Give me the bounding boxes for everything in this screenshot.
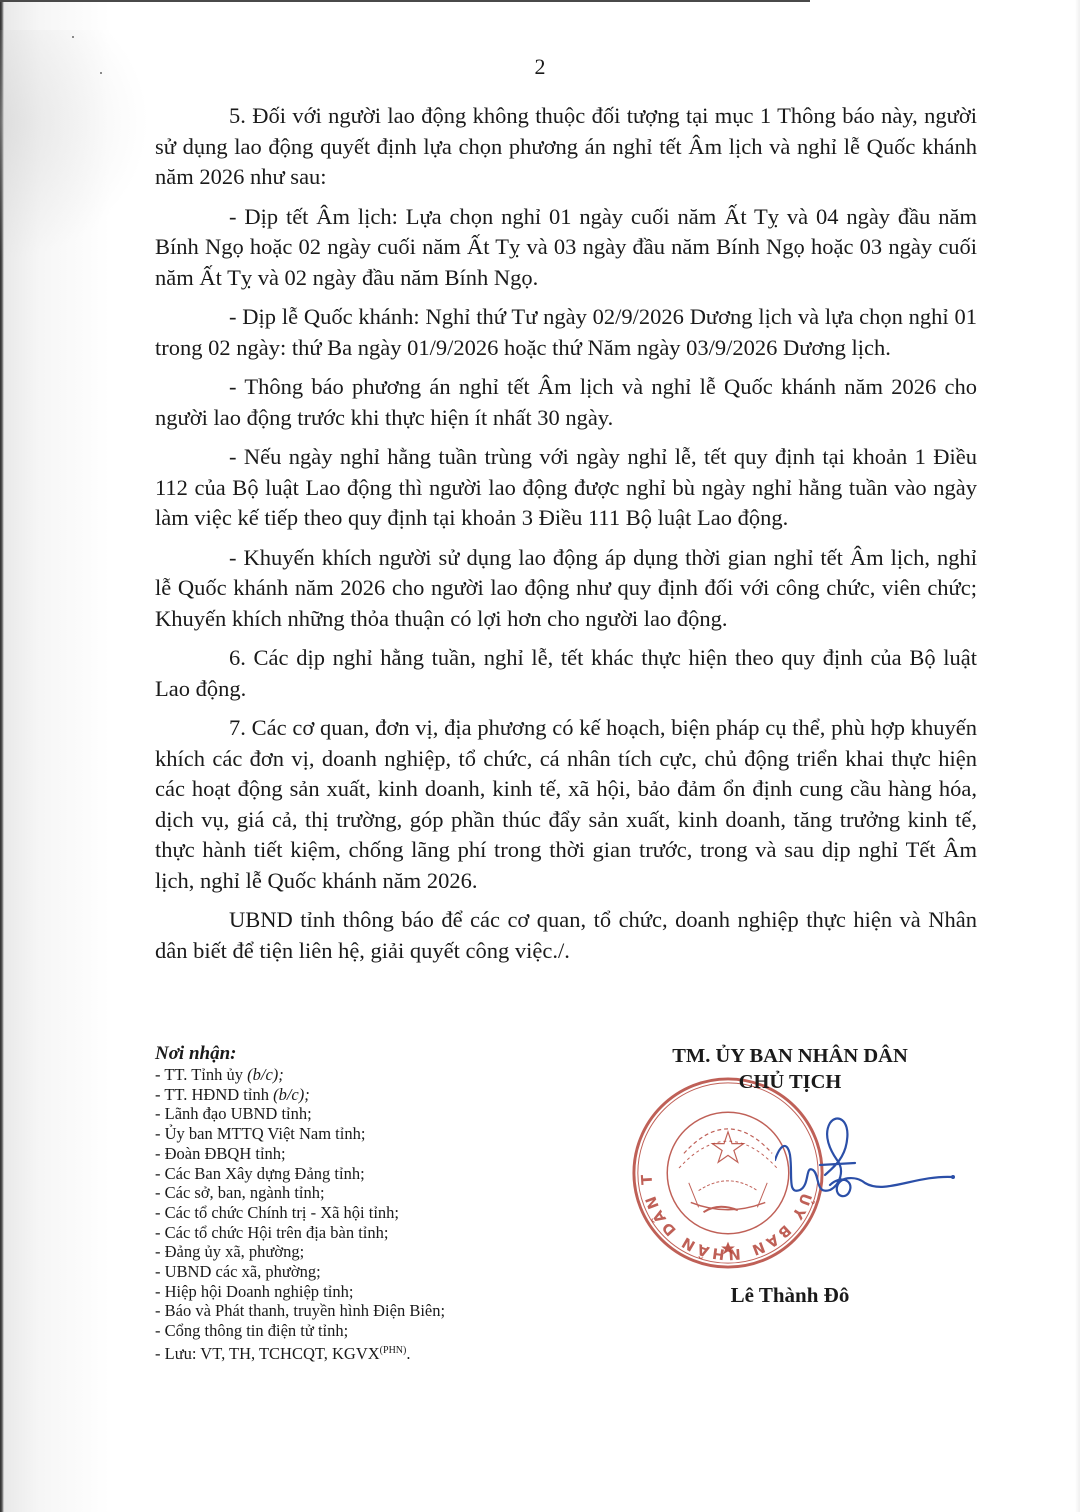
handwritten-signature: [775, 1115, 955, 1205]
recipient-item: - Các Ban Xây dựng Đảng tỉnh;: [155, 1164, 575, 1184]
scan-speck: [72, 36, 74, 38]
document-page: 2 5. Đối với người lao động không thuộc …: [0, 0, 1080, 1512]
paragraph-closing: UBND tỉnh thông báo để các cơ quan, tổ c…: [155, 905, 977, 966]
recipients-list: Nơi nhận: - TT. Tỉnh ủy (b/c); - TT. HĐN…: [155, 1043, 575, 1364]
paragraph-5: 5. Đối với người lao động không thuộc đố…: [155, 101, 977, 193]
recipient-item: - Các tổ chức Chính trị - Xã hội tỉnh;: [155, 1203, 575, 1223]
scan-top-edge: [0, 0, 810, 2]
recipients-heading: Nơi nhận:: [155, 1043, 575, 1065]
page-number: 2: [0, 54, 1080, 80]
recipient-item: - TT. Tỉnh ủy (b/c);: [155, 1065, 575, 1085]
paragraph-compensatory-leave: - Nếu ngày nghỉ hằng tuần trùng với ngày…: [155, 442, 977, 534]
recipient-item: - Hiệp hội Doanh nghiệp tỉnh;: [155, 1282, 575, 1302]
paragraph-notice-period: - Thông báo phương án nghỉ tết Âm lịch v…: [155, 372, 977, 433]
recipient-item: - TT. HĐND tỉnh (b/c);: [155, 1085, 575, 1105]
paragraph-7: 7. Các cơ quan, đơn vị, địa phương có kế…: [155, 713, 977, 896]
recipient-item: - Báo và Phát thanh, truyền hình Điện Bi…: [155, 1301, 575, 1321]
recipient-item: - Cổng thông tin điện tử tỉnh;: [155, 1321, 575, 1341]
signature-title: CHỦ TỊCH: [620, 1069, 960, 1095]
paragraph-6: 6. Các dịp nghỉ hằng tuần, nghỉ lễ, tết …: [155, 643, 977, 704]
paragraph-lunar-new-year: - Dịp tết Âm lịch: Lựa chọn nghỉ 01 ngày…: [155, 202, 977, 294]
recipient-item: - Các sở, ban, ngành tỉnh;: [155, 1183, 575, 1203]
recipient-item: - Các tổ chức Hội trên địa bàn tỉnh;: [155, 1223, 575, 1243]
recipient-item: - Đoàn ĐBQH tỉnh;: [155, 1144, 575, 1164]
paragraph-encouragement: - Khuyến khích người sử dụng lao động áp…: [155, 543, 977, 635]
recipient-item: - Lãnh đạo UBND tỉnh;: [155, 1104, 575, 1124]
paragraph-national-day: - Dịp lễ Quốc khánh: Nghỉ thứ Tư ngày 02…: [155, 302, 977, 363]
document-body: 5. Đối với người lao động không thuộc đố…: [155, 101, 977, 975]
recipient-archive: - Lưu: VT, TH, TCHCQT, KGVX(PHN).: [155, 1341, 575, 1364]
recipient-item: - Đảng ủy xã, phường;: [155, 1242, 575, 1262]
recipient-item: - UBND các xã, phường;: [155, 1262, 575, 1282]
signer-name: Lê Thành Đô: [620, 1283, 960, 1308]
signature-organization: TM. ỦY BAN NHÂN DÂN: [620, 1043, 960, 1069]
recipient-item: - Ủy ban MTTQ Việt Nam tỉnh;: [155, 1124, 575, 1144]
signature-block: TM. ỦY BAN NHÂN DÂN CHỦ TỊCH Lê Thành Đô: [620, 1043, 960, 1095]
